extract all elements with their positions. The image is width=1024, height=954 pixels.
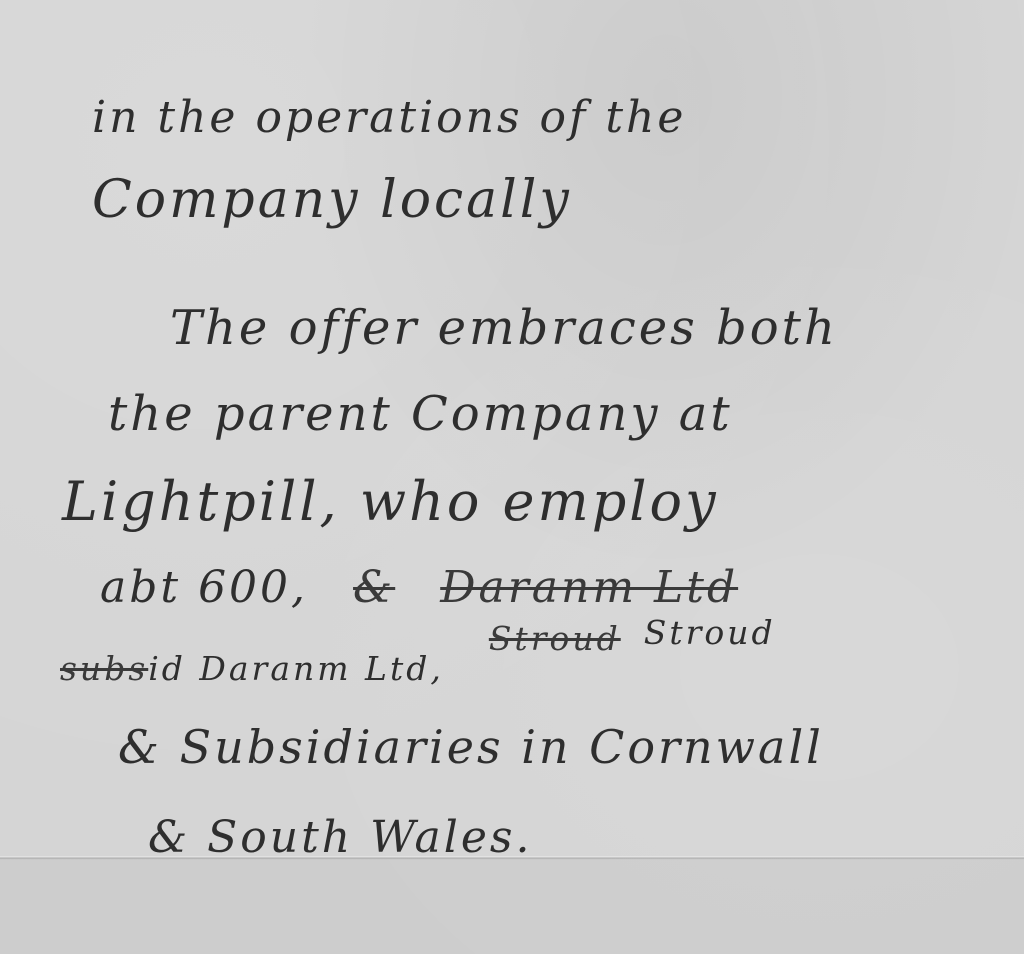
struck-ampersand: &	[353, 562, 395, 613]
struck-stroud: Stroud	[489, 619, 621, 658]
paper-sheet: in the operations of the Company locally…	[0, 0, 1024, 954]
handwritten-line-4: the parent Company at	[108, 386, 733, 442]
inserted-stroud: Stroud	[644, 613, 776, 652]
handwritten-line-2: Company locally	[92, 170, 572, 230]
handwritten-line-1: in the operations of the	[92, 92, 686, 143]
struck-subs: subs	[60, 649, 148, 688]
handwritten-line-3: The offer embraces both	[170, 300, 838, 356]
handwritten-line-5: Lightpill, who employ	[62, 470, 719, 533]
paper-lower-fold-panel	[0, 860, 1024, 954]
handwritten-line-6: abt 600, & Daranm Ltd	[100, 562, 738, 613]
line-6-text: abt 600,	[100, 562, 308, 613]
handwritten-line-8: & Subsidiaries in Cornwall	[118, 720, 824, 774]
struck-daranm-ltd: Daranm Ltd	[440, 562, 738, 613]
line-7-suffix: id Daranm Ltd,	[148, 649, 444, 688]
handwritten-line-7: subsid Daranm Ltd, Stroud Stroud	[60, 640, 776, 691]
